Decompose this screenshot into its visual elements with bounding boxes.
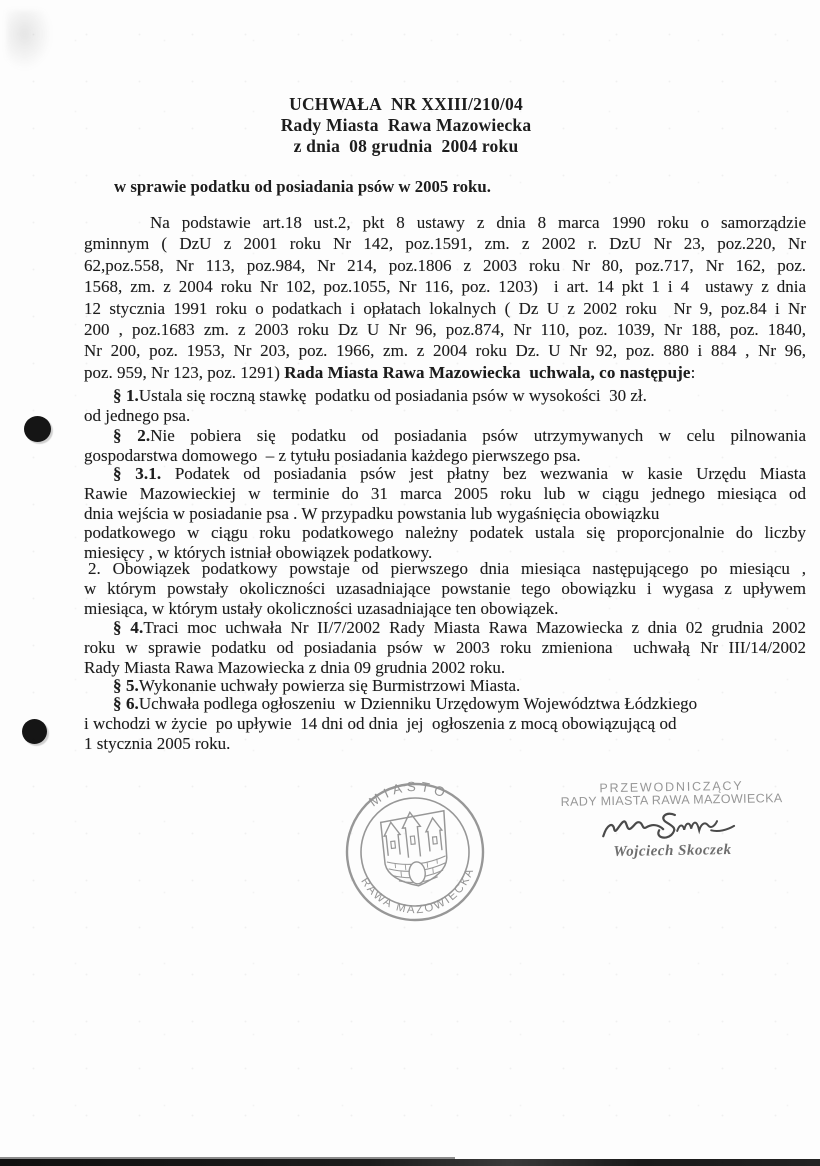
body-line: § 5.Wykonanie uchwały powierza się Burmi…: [84, 676, 806, 696]
text-run: Traci moc uchwała Nr II/7/2002 Rady Mias…: [143, 618, 806, 637]
scan-artifact-bar: [0, 1159, 820, 1166]
signatory-role-council: RADY MIASTA RAWA MAZOWIECKA: [560, 792, 784, 809]
handwritten-signature: [597, 807, 748, 846]
text-run: gospodarstwa domowego – z tytułu posiada…: [84, 446, 581, 465]
body-line: i wchodzi w życie po upływie 14 dni od d…: [84, 714, 806, 734]
signature-stroke-3: [677, 820, 734, 831]
body-line: 12 stycznia 1991 roku o podatkach i opła…: [84, 298, 806, 319]
bold-text-run: § 5.: [113, 676, 139, 695]
text-run: Rawie Mazowieckiej w terminie do 31 marc…: [84, 484, 806, 503]
signature-stroke-1: [603, 820, 663, 836]
city-seal-stamp: MIASTO RAWA MAZOWIECKA: [337, 774, 493, 930]
text-run: 200 , poz.1683 zm. z 2003 roku Dz U Nr 9…: [84, 320, 806, 339]
text-run: od jednego psa.: [84, 406, 190, 425]
text-run: 1 stycznia 2005 roku.: [84, 734, 230, 753]
shield-gate-oval: [408, 861, 426, 885]
text-run: w którym powstały okoliczności uzasadnia…: [84, 579, 806, 598]
body-line: miesiąca, w którym ustały okoliczności u…: [84, 599, 806, 619]
body-line: Rawie Mazowieckiej w terminie do 31 marc…: [84, 484, 806, 504]
text-run: Nie pobiera się podatku od posiadania ps…: [150, 426, 806, 445]
scanned-document-page: UCHWAŁA NR XXIII/210/04 Rady Miasta Rawa…: [0, 0, 820, 1166]
tower-window-middle: [410, 836, 415, 844]
body-line: poz. 959, Nr 123, poz. 1291) Rada Miasta…: [84, 362, 806, 383]
body-line: 2. Obowiązek podatkowy powstaje od pierw…: [84, 559, 806, 579]
tower-right: [425, 817, 444, 851]
text-run: Wykonanie uchwały powierza się Burmistrz…: [139, 676, 520, 695]
text-run: dnia wejścia w posiadanie psa . W przypa…: [84, 504, 659, 523]
body-line: podatkowego w ciągu roku podatkowego nal…: [84, 523, 806, 543]
paragraph-par4: § 4.Traci moc uchwała Nr II/7/2002 Rady …: [84, 618, 806, 677]
body-line: § 2.Nie pobiera się podatku od posiadani…: [84, 426, 806, 446]
tower-left: [383, 822, 402, 856]
text-run: Na podstawie art.18 ust.2, pkt 8 ustawy …: [150, 213, 806, 232]
text-run: 2. Obowiązek podatkowy powstaje od pierw…: [88, 559, 806, 578]
text-run: Ustala się roczną stawkę podatku od posi…: [139, 386, 647, 405]
paragraph-preamble: Na podstawie art.18 ust.2, pkt 8 ustawy …: [84, 212, 806, 383]
bold-text-run: § 6.: [113, 694, 139, 713]
text-run: Podatek od posiadania psów jest płatny b…: [161, 464, 806, 483]
body-line: Rady Miasta Rawa Mazowiecka z dnia 09 gr…: [84, 658, 806, 678]
text-run: 12 stycznia 1991 roku o podatkach i opła…: [84, 299, 806, 318]
text-run: 62,poz.558, Nr 113, poz.984, Nr 214, poz…: [84, 256, 806, 275]
body-line: od jednego psa.: [84, 406, 806, 426]
signature-stroke-2: [658, 813, 675, 837]
text-run: miesiąca, w którym ustały okoliczności u…: [84, 599, 558, 618]
paragraph-par2: § 2.Nie pobiera się podatku od posiadani…: [84, 426, 806, 466]
paragraph-par3b: 2. Obowiązek podatkowy powstaje od pierw…: [84, 559, 806, 619]
body-line: § 3.1. Podatek od posiadania psów jest p…: [84, 464, 806, 484]
body-line: § 1.Ustala się roczną stawkę podatku od …: [84, 386, 806, 406]
tower-window-right: [433, 837, 438, 844]
text-run: gminnym ( DzU z 2001 roku Nr 142, poz.15…: [84, 234, 806, 253]
paragraph-par1: § 1.Ustala się roczną stawkę podatku od …: [84, 386, 806, 426]
text-run: poz. 959, Nr 123, poz. 1291): [84, 363, 284, 382]
body-line: roku w sprawie podatku od posiadania psó…: [84, 638, 806, 658]
text-run: Uchwała podlega ogłoszeniu w Dzienniku U…: [139, 694, 697, 713]
text-run: podatkowego w ciągu roku podatkowego nal…: [84, 523, 806, 542]
bold-text-run: § 1.: [113, 386, 139, 405]
body-line: Nr 200, poz. 1953, Nr 203, poz. 1966, zm…: [84, 340, 806, 361]
bold-text-run: § 4.: [113, 618, 143, 637]
paragraph-par3: § 3.1. Podatek od posiadania psów jest p…: [84, 464, 806, 563]
text-run: Nr 200, poz. 1953, Nr 203, poz. 1966, zm…: [84, 341, 806, 360]
paragraph-par5: § 5.Wykonanie uchwały powierza się Burmi…: [84, 676, 806, 696]
bold-text-run: § 2.: [113, 426, 150, 445]
text-run: i wchodzi w życie po upływie 14 dni od d…: [84, 714, 676, 733]
body-line: 1 stycznia 2005 roku.: [84, 734, 806, 754]
body-line: dnia wejścia w posiadanie psa . W przypa…: [84, 504, 806, 524]
body-line: 62,poz.558, Nr 113, poz.984, Nr 214, poz…: [84, 255, 806, 276]
body-line: § 4.Traci moc uchwała Nr II/7/2002 Rady …: [84, 618, 806, 638]
text-run: roku w sprawie podatku od posiadania psó…: [84, 638, 806, 657]
body-line: gminnym ( DzU z 2001 roku Nr 142, poz.15…: [84, 233, 806, 254]
text-run: :: [691, 363, 696, 382]
body-line: § 6.Uchwała podlega ogłoszeniu w Dzienni…: [84, 694, 806, 714]
body-line: gospodarstwa domowego – z tytułu posiada…: [84, 446, 806, 466]
body-line: 1568, zm. z 2004 roku Nr 102, poz.1055, …: [84, 276, 806, 297]
paragraph-par6: § 6.Uchwała podlega ogłoszeniu w Dzienni…: [84, 694, 806, 754]
tower-window-left: [391, 841, 396, 848]
signature-block: PRZEWODNICZĄCY RADY MIASTA RAWA MAZOWIEC…: [559, 778, 784, 861]
body-line: 200 , poz.1683 zm. z 2003 roku Dz U Nr 9…: [84, 319, 806, 340]
body-line: Na podstawie art.18 ust.2, pkt 8 ustawy …: [84, 212, 806, 233]
bold-text-run: § 3.1.: [113, 464, 161, 483]
bold-text-run: Rada Miasta Rawa Mazowiecka uchwala, co …: [284, 363, 690, 382]
body-line: w którym powstały okoliczności uzasadnia…: [84, 579, 806, 599]
text-run: Rady Miasta Rawa Mazowiecka z dnia 09 gr…: [84, 658, 505, 677]
text-run: 1568, zm. z 2004 roku Nr 102, poz.1055, …: [84, 277, 806, 296]
document-body: Na podstawie art.18 ust.2, pkt 8 ustawy …: [0, 0, 820, 1166]
